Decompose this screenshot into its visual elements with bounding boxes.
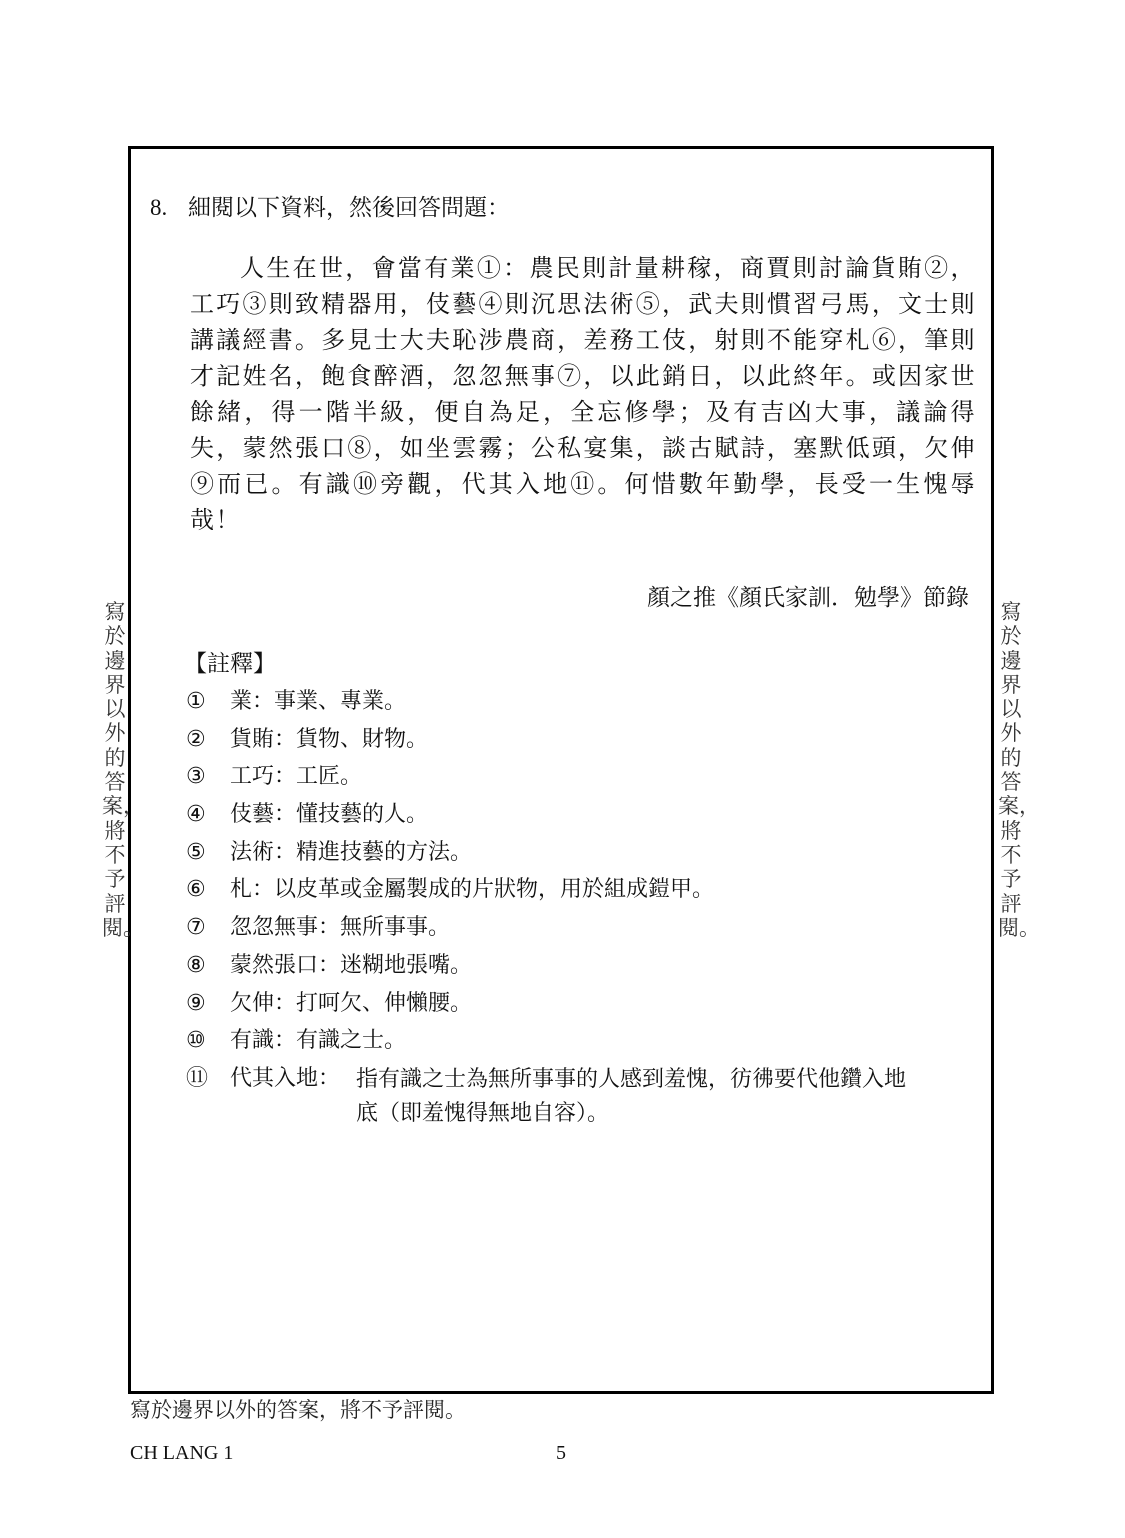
note-item: ⑧ 蒙然張口： 迷糊地張嘴。 <box>186 950 986 988</box>
note-marker: ② <box>186 724 230 756</box>
margin-notice-bottom: 寫於邊界以外的答案，將不予評閱。 <box>130 1396 466 1424</box>
note-definition: 無所事事。 <box>340 912 450 944</box>
note-definition: 貨物、財物。 <box>296 724 428 756</box>
footer-page-number: 5 <box>556 1440 566 1466</box>
note-definition: 精進技藝的方法。 <box>296 837 472 869</box>
note-item: ⑤ 法術： 精進技藝的方法。 <box>186 837 986 875</box>
note-item: ⑪ 代其入地： 指有識之士為無所事事的人感到羞愧，彷彿要代他鑽入地 底（即羞愧得… <box>186 1063 986 1131</box>
note-item: ② 貨賄： 貨物、財物。 <box>186 724 986 762</box>
margin-notice-right: 寫於邊界以外的答案，將不予評閱。 <box>998 600 1024 940</box>
notes-title: 【註釋】 <box>184 648 276 680</box>
note-term: 貨賄： <box>230 724 296 756</box>
note-definition-line: 底（即羞愧得無地自容）。 <box>356 1097 976 1131</box>
note-definition: 工匠。 <box>296 761 362 793</box>
note-marker: ⑦ <box>186 912 230 944</box>
question-prompt: 細閱以下資料，然後回答問題： <box>188 195 510 221</box>
note-marker: ④ <box>186 799 230 831</box>
note-definition: 懂技藝的人。 <box>296 799 428 831</box>
note-item: ⑨ 欠伸： 打呵欠、伸懶腰。 <box>186 988 986 1026</box>
note-item: ③ 工巧： 工匠。 <box>186 761 986 799</box>
note-term: 代其入地： <box>230 1063 356 1095</box>
margin-notice-left: 寫於邊界以外的答案，將不予評閱。 <box>102 600 128 940</box>
note-definition: 打呵欠、伸懶腰。 <box>296 988 472 1020</box>
note-marker: ⑪ <box>186 1063 230 1095</box>
question-heading: 8.細閱以下資料，然後回答問題： <box>150 192 510 224</box>
note-item: ① 業： 事業、專業。 <box>186 686 986 724</box>
notes-list: ① 業： 事業、專業。 ② 貨賄： 貨物、財物。 ③ 工巧： 工匠。 ④ 伎藝：… <box>186 686 986 1131</box>
note-item: ⑩ 有識： 有識之士。 <box>186 1025 986 1063</box>
note-term: 法術： <box>230 837 296 869</box>
note-marker: ⑧ <box>186 950 230 982</box>
note-term: 伎藝： <box>230 799 296 831</box>
note-definition-line: 指有識之士為無所事事的人感到羞愧，彷彿要代他鑽入地 <box>356 1063 976 1097</box>
note-definition: 有識之士。 <box>296 1025 406 1057</box>
note-definition: 以皮革或金屬製成的片狀物，用於組成鎧甲。 <box>274 874 714 906</box>
note-marker: ⑩ <box>186 1025 230 1057</box>
passage-text: 人生在世，會當有業①：農民則計量耕稼，商賈則討論貨賄②，工巧③則致精器用，伎藝④… <box>190 250 976 538</box>
note-term: 業： <box>230 686 274 718</box>
note-term: 有識： <box>230 1025 296 1057</box>
note-marker: ③ <box>186 761 230 793</box>
note-term: 蒙然張口： <box>230 950 340 982</box>
note-term: 札： <box>230 874 274 906</box>
note-marker: ⑥ <box>186 874 230 906</box>
note-definition: 迷糊地張嘴。 <box>340 950 472 982</box>
note-item: ④ 伎藝： 懂技藝的人。 <box>186 799 986 837</box>
question-number: 8. <box>150 192 188 224</box>
note-definition: 事業、專業。 <box>274 686 406 718</box>
source-citation: 顏之推《顏氏家訓．勉學》節錄 <box>647 582 969 614</box>
footer-paper-code: CH LANG 1 <box>130 1440 233 1466</box>
passage: 人生在世，會當有業①：農民則計量耕稼，商賈則討論貨賄②，工巧③則致精器用，伎藝④… <box>190 250 976 538</box>
note-marker: ⑤ <box>186 837 230 869</box>
note-marker: ① <box>186 686 230 718</box>
note-item: ⑥ 札： 以皮革或金屬製成的片狀物，用於組成鎧甲。 <box>186 874 986 912</box>
note-term: 欠伸： <box>230 988 296 1020</box>
note-item: ⑦ 忽忽無事： 無所事事。 <box>186 912 986 950</box>
note-term: 工巧： <box>230 761 296 793</box>
note-marker: ⑨ <box>186 988 230 1020</box>
note-definition: 指有識之士為無所事事的人感到羞愧，彷彿要代他鑽入地 底（即羞愧得無地自容）。 <box>356 1063 976 1131</box>
note-term: 忽忽無事： <box>230 912 340 944</box>
